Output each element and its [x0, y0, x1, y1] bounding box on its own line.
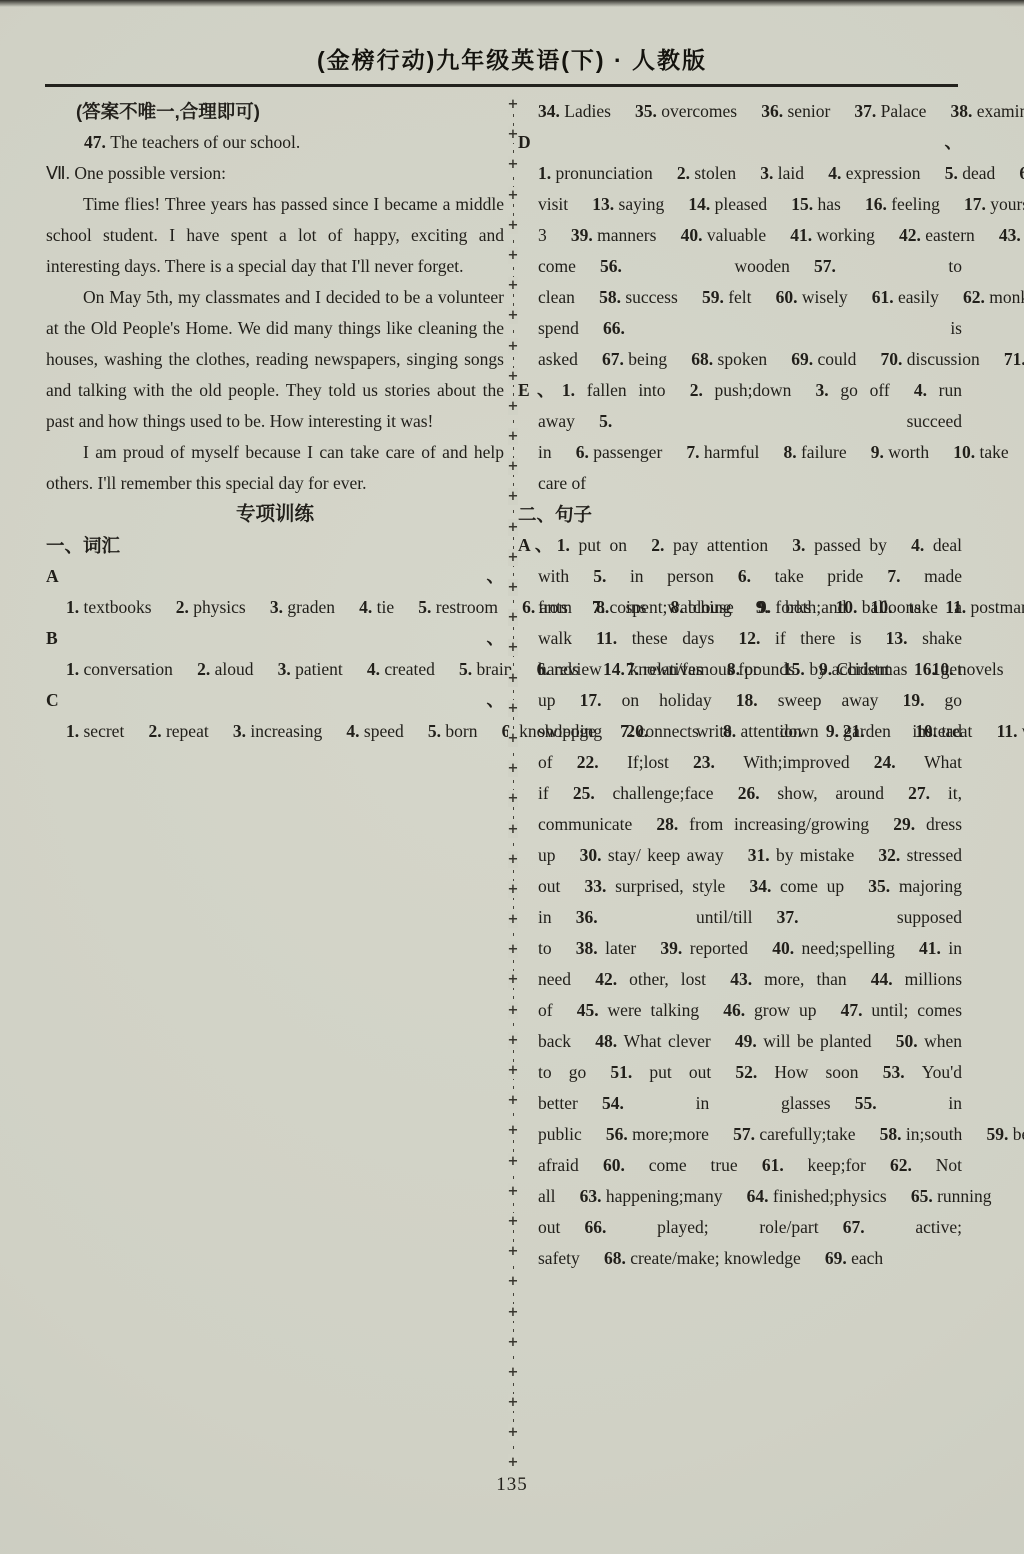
answer-item: 4. tie [359, 597, 394, 617]
left-column: (答案不唯一,合理即可) 47. The teachers of our sch… [46, 96, 504, 747]
answer-item: 5. in person [593, 566, 714, 586]
answer-item: 1. textbooks [66, 597, 152, 617]
answer-item: 3. patient [278, 659, 343, 679]
answer-item: 25. challenge;face [573, 783, 714, 803]
answer-item: 1. put on [557, 535, 627, 555]
answer-item: 35. overcomes [635, 101, 737, 121]
answer-item: 61. keep;for [762, 1155, 866, 1175]
vocab-list-e: E、1. fallen into2. push;down3. go off4. … [518, 375, 962, 499]
answer-item: 64. finished;physics [747, 1186, 887, 1206]
answer-item: 59. felt [702, 287, 752, 307]
answer-item: 38. later [576, 938, 636, 958]
answer-item: 69. could [791, 349, 856, 369]
answer-item: 8. spent;watching [596, 597, 731, 617]
answer-item: 52. How soon [735, 1062, 858, 1082]
answer-47-number: 47. [84, 132, 106, 152]
scanned-answer-page: (金榜行动)九年级英语(下) · 人教版 (答案不唯一,合理即可) 47. Th… [0, 0, 1024, 1554]
vocab-list-a: A、1. textbooks2. physics3. graden4. tie5… [46, 561, 504, 623]
answer-item: 9. worth [871, 442, 929, 462]
answer-item: 42. eastern [899, 225, 975, 245]
answer-item: 26. show, around [738, 783, 884, 803]
answer-item: 20. write down [626, 721, 818, 741]
list-label: B、 [46, 628, 504, 648]
answer-47-text: The teachers of our school. [110, 132, 300, 152]
answer-item: 58. success [599, 287, 678, 307]
answer-item: 56. more;more [606, 1124, 709, 1144]
sentences-section-heading: 二、句子 [518, 499, 962, 530]
answer-item: 63. happening;many [580, 1186, 723, 1206]
answer-item: 68. spoken [691, 349, 767, 369]
answer-item: 66. played; role/part [585, 1217, 819, 1237]
list-label: D、 [518, 132, 962, 152]
answer-item: 38. examine [950, 101, 1024, 121]
answer-item: 5. born [428, 721, 478, 741]
answer-item: 4. expression [828, 163, 920, 183]
answer-item: 2. physics [176, 597, 246, 617]
answer-item: 62. monkeys [963, 287, 1024, 307]
answer-item: 15. by accident [783, 659, 890, 679]
answer-item: 12. if there is [738, 628, 861, 648]
answer-item: 36. senior [761, 101, 830, 121]
answer-item: 36. until/till [576, 907, 753, 927]
answer-item: 5. dead [945, 163, 996, 183]
answer-item: 46. grow up [723, 1000, 816, 1020]
answer-item: 4. speed [346, 721, 403, 741]
answer-item: 68. create/make; knowledge [604, 1248, 801, 1268]
answer-item: 54. in glasses [602, 1093, 831, 1113]
section-vii-heading: Ⅶ. One possible version: [46, 158, 504, 189]
answer-item: 60. wisely [776, 287, 848, 307]
answer-item: 8. failure [783, 442, 846, 462]
answer-item: 49. will be planted [735, 1031, 872, 1051]
answer-item: 70. discussion [881, 349, 980, 369]
answer-item: 17. on holiday [580, 690, 712, 710]
list-label: C、 [46, 690, 504, 710]
answer-item: 6. take pride [738, 566, 863, 586]
answer-item: 23. With;improved [693, 752, 850, 772]
sentence-list-a: A、1. put on2. pay attention3. passed by4… [518, 530, 962, 1274]
answer-item: 22. If;lost [577, 752, 669, 772]
vocab-list-c: C、1. secret2. repeat3. increasing4. spee… [46, 685, 504, 747]
answer-item: 42. other, lost [595, 969, 706, 989]
answer-item: 69. each [825, 1248, 883, 1268]
answer-item: 1. conversation [66, 659, 173, 679]
answer-item: 15. has [791, 194, 841, 214]
page-number: 135 [0, 1474, 1024, 1496]
answer-item: 40. need;spelling [772, 938, 895, 958]
answer-item: 58. in;south [880, 1124, 963, 1144]
answer-item: 11. warned [997, 721, 1024, 741]
answer-item: 2. aloud [197, 659, 253, 679]
answer-item: 40. valuable [681, 225, 767, 245]
answer-item: 43. more, than [730, 969, 846, 989]
answer-item: 43. suggestions [999, 225, 1024, 245]
answer-item: 3. laid [760, 163, 804, 183]
answer-item: 45. were talking [577, 1000, 699, 1020]
column-divider-cutline: ++++++++++++++++++++++++++++++++++++++++… [508, 96, 518, 1472]
answer-item: 48. What clever [595, 1031, 711, 1051]
answer-item: 2. stolen [677, 163, 736, 183]
answer-item: 28. from increasing/growing [656, 814, 869, 834]
answer-item: 39. reported [660, 938, 748, 958]
answer-item: 3. increasing [233, 721, 322, 741]
list-label: E、 [518, 380, 562, 400]
answer-item: 6. published [1019, 163, 1024, 183]
answer-item: 14. pleased [688, 194, 767, 214]
vocab-list-c-continued: 34. Ladies35. overcomes36. senior37. Pal… [518, 96, 962, 127]
answer-item: 6. passenger [576, 442, 663, 462]
answer-item: 60. come true [603, 1155, 738, 1175]
answer-item: 51. put out [610, 1062, 711, 1082]
answer-item: 30. stay/ keep away [580, 845, 724, 865]
scan-edge-shadow [0, 0, 1024, 7]
essay-model-composition: Time flies! Three years has passed since… [46, 189, 504, 499]
answer-item: 1. secret [66, 721, 124, 741]
answer-item: 9. both;and [756, 597, 847, 617]
answer-item: 67. being [602, 349, 667, 369]
essay-paragraph: I am proud of myself because I can take … [46, 437, 504, 499]
answer-item: 37. Palace [854, 101, 926, 121]
vocab-list-b: B、1. conversation2. aloud3. patient4. cr… [46, 623, 504, 685]
answer-item: 56. wooden [600, 256, 790, 276]
answer-item: 2. pay attention [651, 535, 768, 555]
answer-item: 4. created [367, 659, 435, 679]
vocab-section-heading: 一、词汇 [46, 530, 504, 561]
answer-item: 5. restroom [418, 597, 498, 617]
vocab-list-d: D、1. pronunciation2. stolen3. laid4. exp… [518, 127, 962, 375]
answer-item: 2. repeat [148, 721, 208, 741]
essay-paragraph: On May 5th, my classmates and I decided … [46, 282, 504, 437]
answer-item: 41. working [790, 225, 875, 245]
answer-item: 33. surprised, style [585, 876, 726, 896]
right-column: 34. Ladies35. overcomes36. senior37. Pal… [518, 96, 962, 1274]
special-training-title: 专项训练 [46, 499, 504, 530]
answer-item: 2. push;down [690, 380, 792, 400]
answer-item: 34. come up [749, 876, 844, 896]
answer-item: 1. pronunciation [538, 163, 653, 183]
answer-item: 34. Ladies [538, 101, 611, 121]
answer-item: 16. feeling [865, 194, 940, 214]
list-label: A、 [518, 535, 557, 555]
answer-47: 47. The teachers of our school. [46, 127, 504, 158]
essay-paragraph: Time flies! Three years has passed since… [46, 189, 504, 282]
answer-item: 39. manners [571, 225, 657, 245]
answer-item: 3. graden [270, 597, 335, 617]
answer-item: 71. pride [1004, 349, 1024, 369]
answer-item: 1. fallen into [562, 380, 666, 400]
answer-item: 7. harmful [686, 442, 759, 462]
list-label: A、 [46, 566, 504, 586]
answer-item: 3. passed by [792, 535, 887, 555]
answer-item: 31. by mistake [748, 845, 855, 865]
answer-item: 13. saying [592, 194, 664, 214]
answer-item: 14. known/famous for [603, 659, 759, 679]
answer-item: 17. yourself [964, 194, 1024, 214]
answer-item: 11. these days [596, 628, 714, 648]
answer-item: 61. easily [872, 287, 939, 307]
answer-item: 3. go off [816, 380, 890, 400]
answer-item: 57. carefully;take [733, 1124, 855, 1144]
answer-item: 5. brain [459, 659, 512, 679]
note-answers-flexible: (答案不唯一,合理即可) [46, 96, 504, 127]
page-header-title: (金榜行动)九年级英语(下) · 人教版 [0, 0, 1024, 75]
answer-item: 18. sweep away [736, 690, 879, 710]
